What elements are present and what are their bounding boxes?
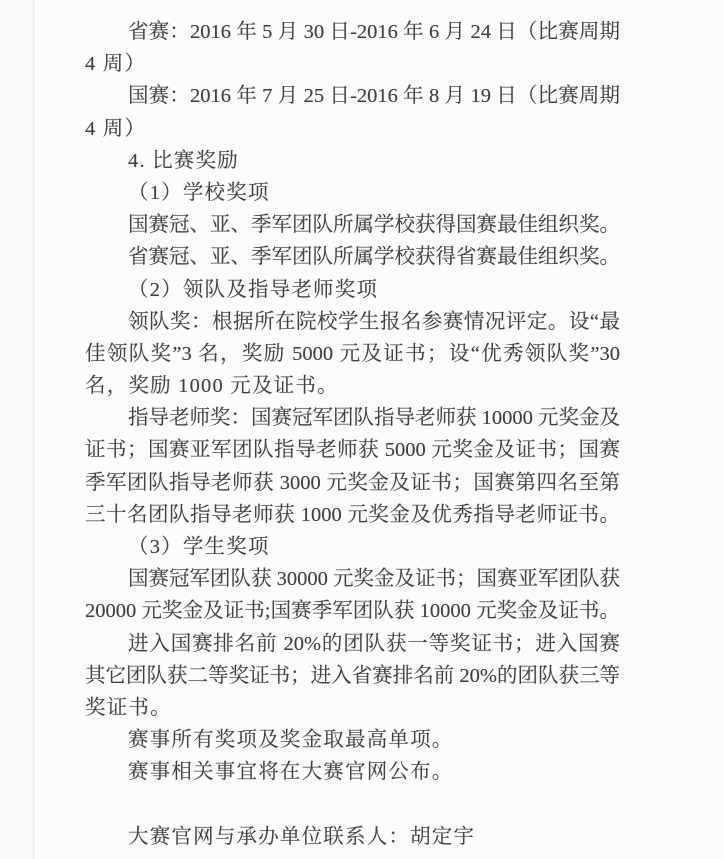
doc-line-student-award-1: 国赛冠军团队获 30000 元奖金及证书；国赛亚军团队获	[85, 563, 620, 595]
doc-line-student-award-2: 20000 元奖金及证书;国赛季军团队获 10000 元奖金及证书。	[85, 595, 620, 627]
doc-line-national-school-award: 国赛冠、亚、季军团队所属学校获得国赛最佳组织奖。	[85, 209, 620, 241]
doc-line-provincial-school-award: 省赛冠、亚、季军团队所属学校获得省赛最佳组织奖。	[85, 241, 620, 273]
scanned-document-page: 省赛：2016 年 5 月 30 日-2016 年 6 月 24 日（比赛周期 …	[0, 0, 724, 859]
doc-line-certificates-2: 其它团队获二等奖证书；进入省赛排名前 20%的团队获三等	[85, 660, 620, 692]
document-text-block: 省赛：2016 年 5 月 30 日-2016 年 6 月 24 日（比赛周期 …	[85, 16, 620, 853]
doc-heading-competition-awards: 4. 比赛奖励	[85, 145, 620, 177]
doc-line-national-dates-cont: 4 周）	[85, 113, 620, 145]
doc-line-leader-award-3: 名，奖励 1000 元及证书。	[85, 370, 620, 402]
doc-heading-leader-teacher-awards: （2）领队及指导老师奖项	[85, 274, 620, 306]
doc-line-contact-person: 大赛官网与承办单位联系人：胡定宇	[85, 821, 620, 853]
scan-edge-line	[33, 0, 34, 859]
scan-left-band	[0, 0, 33, 859]
doc-heading-student-awards: （3）学生奖项	[85, 531, 620, 563]
doc-line-official-site-notice: 赛事相关事宜将在大赛官网公布。	[85, 756, 620, 788]
doc-line-teacher-award-1: 指导老师奖：国赛冠军团队指导老师获 10000 元奖金及	[85, 402, 620, 434]
doc-line-provincial-dates-cont: 4 周）	[85, 48, 620, 80]
doc-blank-line	[85, 789, 620, 821]
doc-line-teacher-award-3: 季军团队指导老师获 3000 元奖金及证书；国赛第四名至第	[85, 467, 620, 499]
doc-line-leader-award-1: 领队奖：根据所在院校学生报名参赛情况评定。设“最	[85, 306, 620, 338]
doc-line-certificates-3: 奖证书。	[85, 692, 620, 724]
doc-heading-school-awards: （1）学校奖项	[85, 177, 620, 209]
doc-line-teacher-award-4: 三十名团队指导老师获 1000 元奖金及优秀指导老师证书。	[85, 499, 620, 531]
doc-line-highest-single-award: 赛事所有奖项及奖金取最高单项。	[85, 724, 620, 756]
doc-line-national-dates: 国赛：2016 年 7 月 25 日-2016 年 8 月 19 日（比赛周期	[85, 80, 620, 112]
doc-line-provincial-dates: 省赛：2016 年 5 月 30 日-2016 年 6 月 24 日（比赛周期	[85, 16, 620, 48]
doc-line-leader-award-2: 佳领队奖”3 名，奖励 5000 元及证书；设“优秀领队奖”30	[85, 338, 620, 370]
doc-line-certificates-1: 进入国赛排名前 20%的团队获一等奖证书；进入国赛的	[85, 628, 620, 660]
doc-line-teacher-award-2: 证书；国赛亚军团队指导老师获 5000 元奖金及证书；国赛	[85, 434, 620, 466]
